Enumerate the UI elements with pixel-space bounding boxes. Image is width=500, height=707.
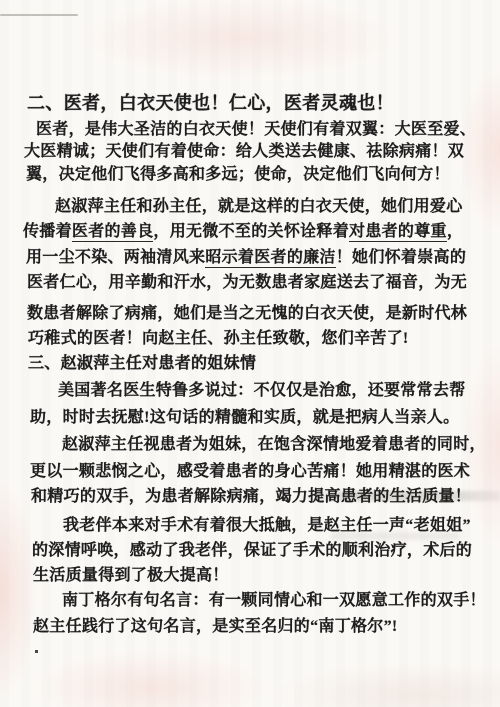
text-segment: 二、医者，白衣天使也！仁心，医者灵魂也！: [27, 93, 394, 113]
text-line: 大医精诚；天使们有着使命：给人类送去健康、祛除病痛！双: [24, 141, 464, 163]
text-line: 和精巧的双手，为患者解除病痛，竭力提高患者的生活质量！: [31, 486, 471, 508]
text-segment: 赵淑萍主任和孙主任，就是这样的白衣天使，她们用爱心: [55, 198, 463, 215]
text-line: 生活质量得到了极大提高！: [33, 565, 229, 587]
text-line: 传播着医者的善良，用无微不至的关怀诠释着对患者的尊重，: [23, 221, 463, 243]
text-line: 医者，是伟大圣洁的白衣天使！天使们有着双翼：大医至爱、: [36, 119, 476, 141]
text-segment: 美国著名医生特鲁多说过：不仅仅是治愈，还要常常去帮: [58, 382, 466, 399]
text-segment: 三、赵淑萍主任对患者的姐妹情: [28, 355, 256, 372]
text-line: 巧稚式的医者！向赵主任、孙主任致敬，您们辛苦了!: [28, 328, 409, 350]
text-line: 用一尘不染、两袖清风来昭示着医者的廉洁！她们怀着崇高的: [26, 247, 466, 269]
text-line: 赵淑萍主任视患者为姐妹，在饱含深情地爱着患者的同时，: [62, 434, 486, 456]
text-segment: 用一尘不染、两袖清风来: [26, 249, 205, 266]
section-heading: 三、赵淑萍主任对患者的姐妹情: [28, 353, 256, 375]
section-heading: 二、医者，白衣天使也！仁心，医者灵魂也！: [27, 92, 394, 114]
text-line: 赵主任践行了这句名言，是实至名归的“南丁格尔”!: [33, 616, 398, 638]
text-segment: 更以一颗悲悯之心，感受着患者的身心苦痛！她用精湛的医术: [30, 463, 470, 480]
text-line: 更以一颗悲悯之心，感受着患者的身心苦痛！她用精湛的医术: [30, 461, 470, 483]
text-segment: ，用无微不至的关怀诠释着: [153, 223, 349, 240]
text-line: 我老伴本来对手术有着很大抵触，是赵主任一声“老姐姐”: [63, 515, 471, 537]
text-segment: 我老伴本来对手术有着很大抵触，是赵主任一声“老姐姐”: [63, 517, 471, 534]
text-segment: 巧稚式的医者！向赵主任、孙主任致敬，您们辛苦了!: [28, 330, 409, 347]
text-line: 助，时时去抚慰!这句话的精髓和实质，就是把病人当亲人。: [30, 407, 459, 429]
text-line: 医者仁心，用辛勤和汗水，为无数患者家庭送去了福音，为无: [27, 272, 467, 294]
text-segment: 数患者解除了病痛，她们是当之无愧的白衣天使，是新时代林: [27, 305, 467, 322]
text-segment: ，: [447, 223, 463, 240]
text-segment: 南丁格尔有句名言：有一颗同情心和一双愿意工作的双手！: [62, 592, 486, 609]
text-segment: 助，时时去抚慰!这句话的精髓和实质，就是把病人当亲人。: [30, 409, 459, 426]
document-lines: 二、医者，白衣天使也！仁心，医者灵魂也！医者，是伟大圣洁的白衣天使！天使们有着双…: [0, 0, 500, 707]
text-line: 赵淑萍主任和孙主任，就是这样的白衣天使，她们用爱心: [55, 196, 463, 218]
underlined-text: 昭示着医者的廉洁: [205, 249, 335, 268]
text-segment: 大医精诚；天使们有着使命：给人类送去健康、祛除病痛！双: [24, 143, 464, 160]
text-line: 翼，决定他们飞得多高和多远；使命，决定他们飞向何方！: [26, 164, 450, 186]
text-segment: 翼，决定他们飞得多高和多远；使命，决定他们飞向何方！: [26, 166, 450, 183]
text-segment: 生活质量得到了极大提高！: [33, 567, 229, 584]
text-segment: ！她们怀着崇高的: [336, 249, 466, 266]
text-segment: 赵淑萍主任视患者为姐妹，在饱含深情地爱着患者的同时，: [62, 436, 486, 453]
text-segment: 医者，是伟大圣洁的白衣天使！天使们有着双翼：大医至爱、: [36, 121, 476, 138]
scanned-document-page: 二、医者，白衣天使也！仁心，医者灵魂也！医者，是伟大圣洁的白衣天使！天使们有着双…: [0, 0, 500, 707]
text-segment: 赵主任践行了这句名言，是实至名归的“南丁格尔”!: [33, 618, 398, 635]
text-line: 美国著名医生特鲁多说过：不仅仅是治愈，还要常常去帮: [58, 380, 466, 402]
underlined-text: 医者的善良: [72, 223, 154, 242]
text-line: 的深情呼唤，感动了我老伴，保证了手术的顺利治疗，术后的: [32, 540, 472, 562]
text-line: 数患者解除了病痛，她们是当之无愧的白衣天使，是新时代林: [27, 303, 467, 325]
text-segment: 医者仁心，用辛勤和汗水，为无数患者家庭送去了福音，为无: [27, 274, 467, 291]
text-segment: 的深情呼唤，感动了我老伴，保证了手术的顺利治疗，术后的: [32, 542, 472, 559]
underlined-text: 对患者的尊重: [349, 223, 447, 242]
text-segment: 传播着: [23, 223, 72, 240]
text-segment: 和精巧的双手，为患者解除病痛，竭力提高患者的生活质量！: [31, 488, 471, 505]
text-line: 南丁格尔有句名言：有一颗同情心和一双愿意工作的双手！: [62, 590, 486, 612]
